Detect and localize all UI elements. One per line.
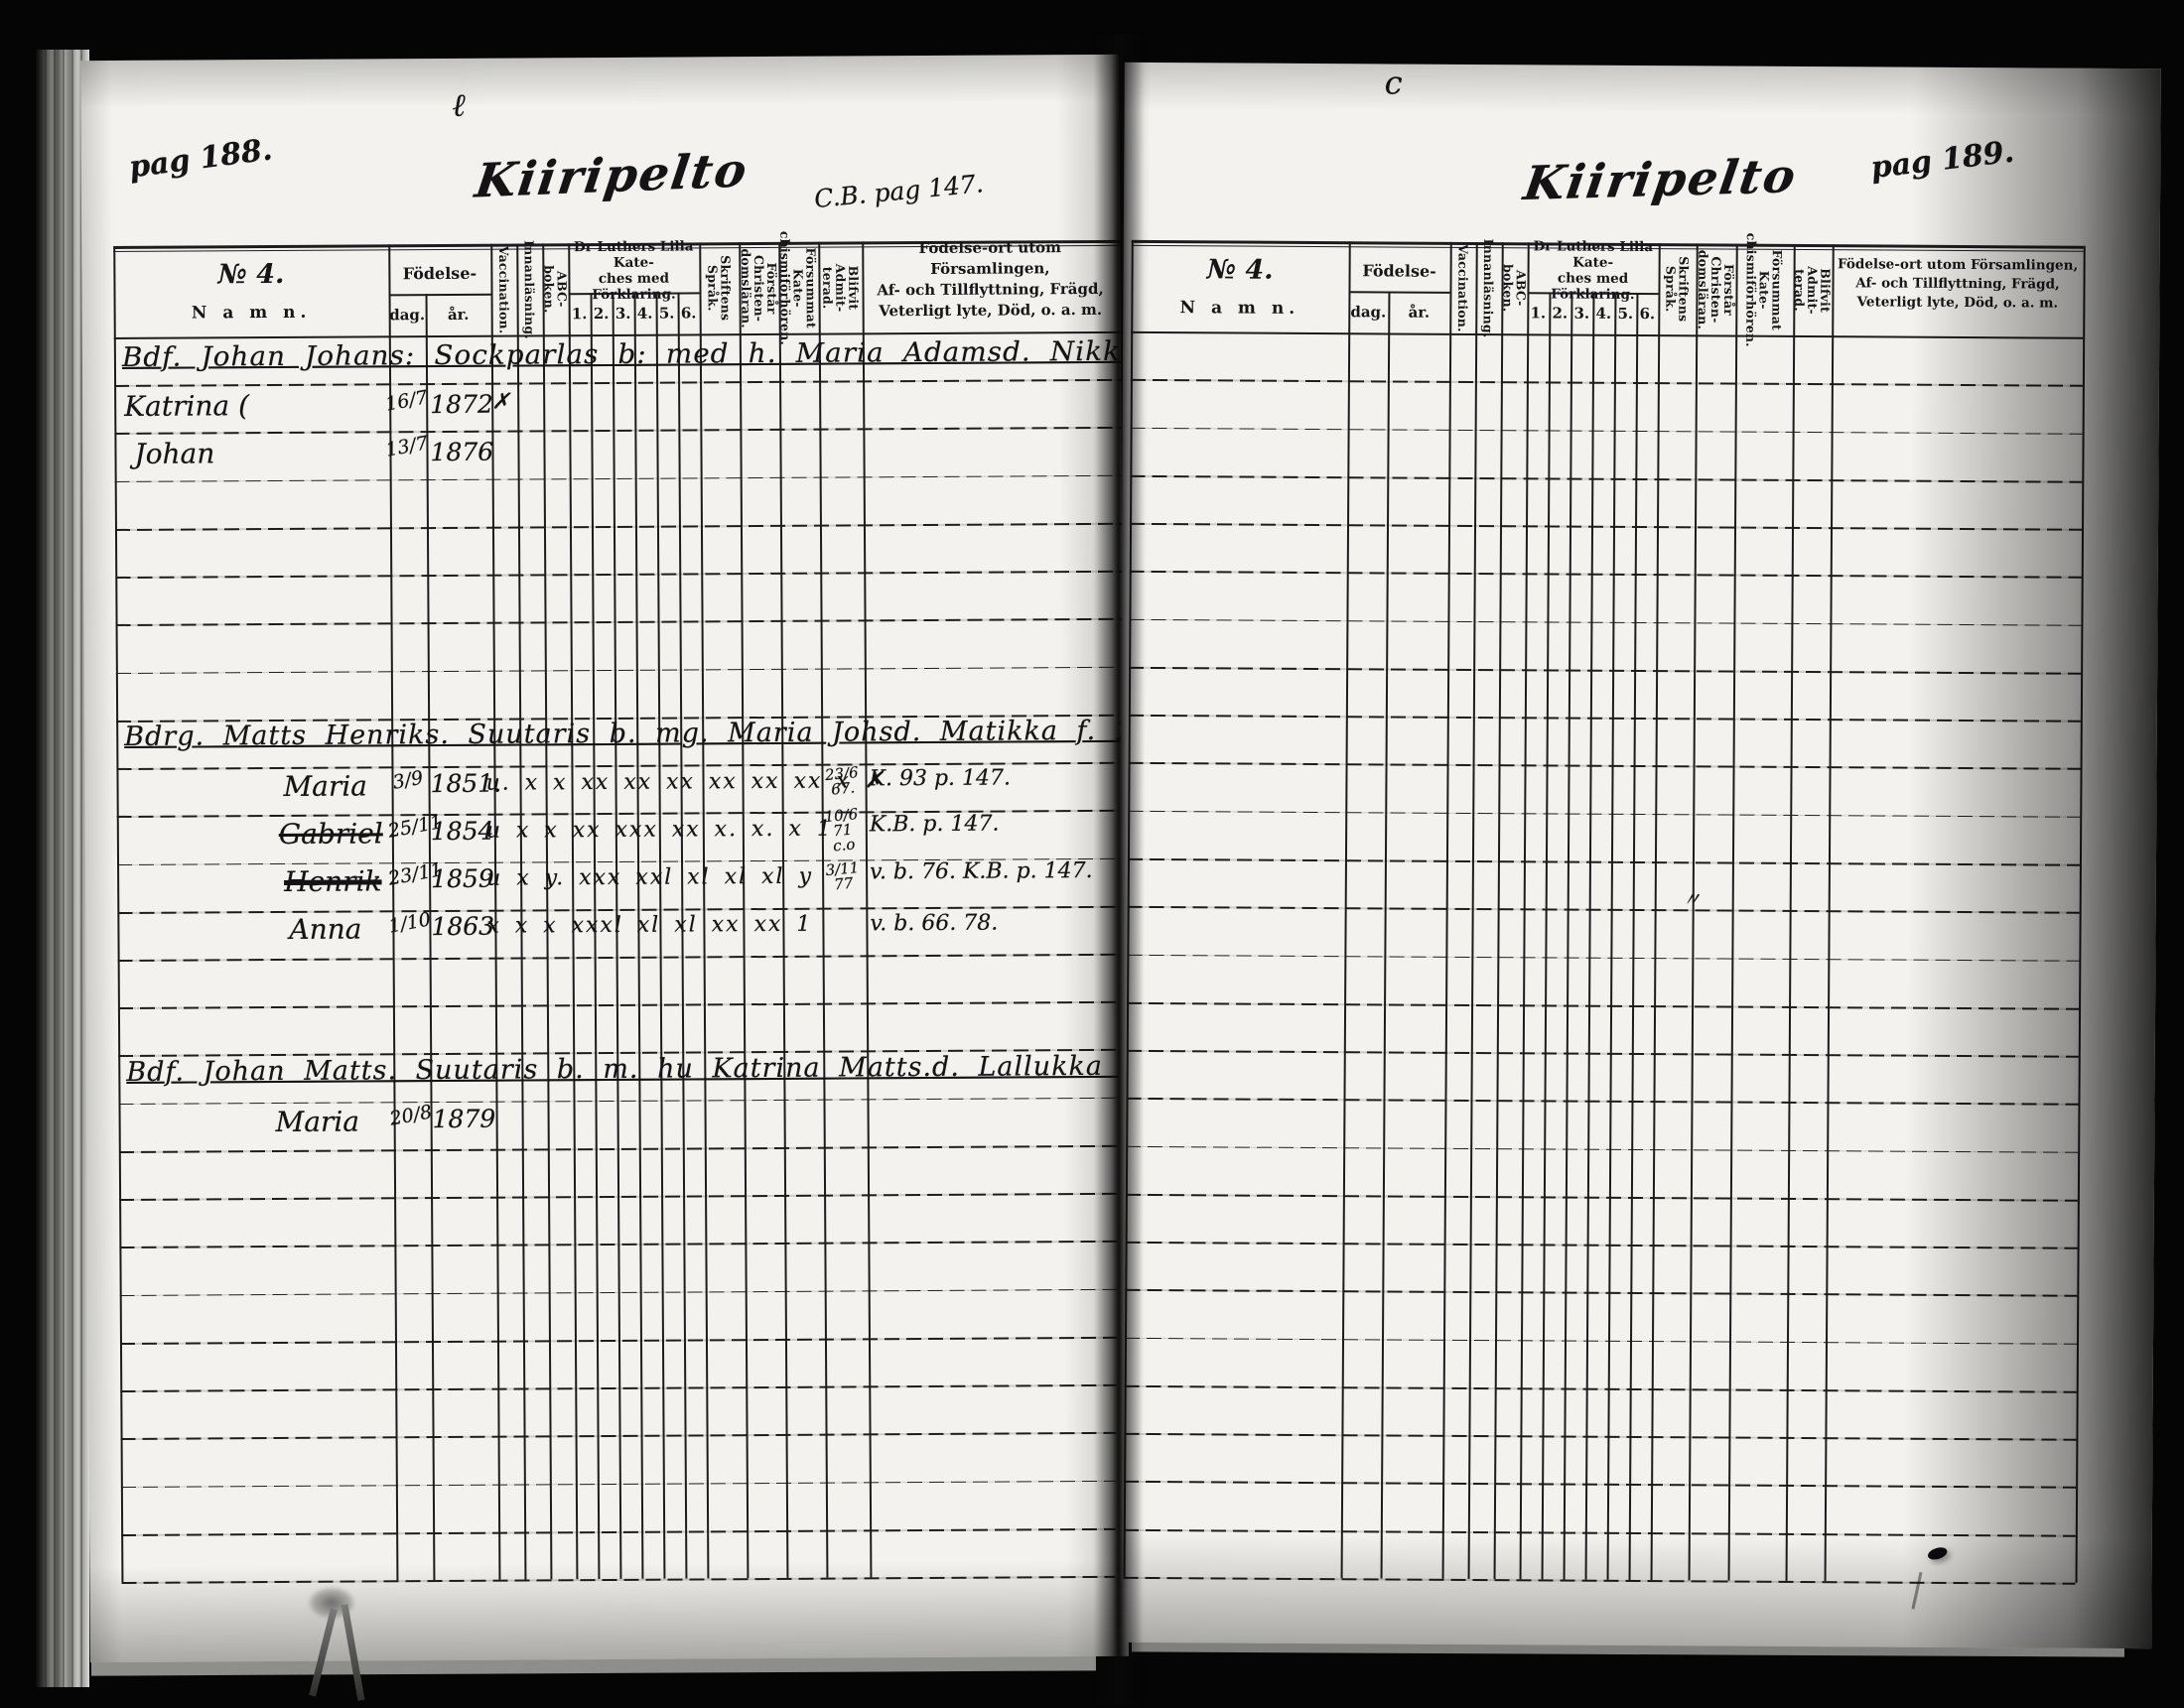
family2-child3-name: Henrik bbox=[284, 864, 382, 898]
left-page-handwriting: pag 188. Kiiripelto C.B. pag 147. ℓ Bdf.… bbox=[80, 55, 1129, 1662]
family1-child1-birth-day: 16/7 bbox=[384, 387, 428, 416]
family2-child2-marks: u x x xx xxx xx x. x. x 1 bbox=[486, 817, 833, 844]
family2-child2-admit-date: 10/6 71 c.o bbox=[816, 806, 870, 854]
ink-blot bbox=[1927, 1545, 1949, 1562]
family2-child4-birth-year: 1863 bbox=[431, 912, 494, 941]
family1-child2-name: Johan bbox=[134, 437, 214, 469]
family2-header-line: Bdrg. Matts Henriks. Suutaris b. mg. Mar… bbox=[124, 716, 1052, 752]
family3-child1-birth-day: 20/8 bbox=[388, 1102, 432, 1130]
family2-child3-birth-day: 23/11 bbox=[386, 861, 430, 890]
family2-child2-birth-day: 25/11 bbox=[386, 814, 430, 843]
family2-child3-birth-year: 1859 bbox=[431, 864, 494, 893]
right-pen-tick: 〃 bbox=[1682, 883, 1702, 912]
right-page-title-script: Kiiripelto bbox=[1520, 149, 1801, 211]
family2-child2-birth-year: 1854 bbox=[431, 817, 494, 846]
family2-child1-name: Maria bbox=[283, 769, 367, 803]
family1-child2-birth-day: 13/7 bbox=[384, 433, 428, 461]
family2-child3-admit-date: 3/11 77 bbox=[817, 859, 870, 894]
family1-child2-birth-year: 1876 bbox=[430, 438, 493, 466]
family2-child4-remark: v. b. 66. 78. bbox=[870, 911, 998, 937]
family3-header-line: Bdf. Johan Matts. Suutaris b. m. hu Katr… bbox=[126, 1051, 1054, 1088]
ink-streak bbox=[1911, 1572, 1922, 1610]
family2-child2-remark: K.B. p. 147. bbox=[870, 812, 1000, 838]
family1-child1-marks: ✗ bbox=[491, 390, 512, 415]
family3-child1-birth-year: 1879 bbox=[433, 1105, 496, 1133]
left-page: № 4. N a m n. Födelse- dag. år. Vaccinat… bbox=[80, 55, 1129, 1662]
scanned-parish-register-spread: № 4. N a m n. Födelse- dag. år. Vaccinat… bbox=[0, 0, 2184, 1708]
family1-child1-birth-year: 1872 bbox=[430, 390, 493, 419]
right-page-number: pag 189. bbox=[1869, 135, 2016, 187]
book-spine-shadow bbox=[1094, 34, 1144, 1705]
family2-child4-birth-day: 1/10 bbox=[387, 909, 431, 938]
family2-child1-remark: K. 93 p. 147. bbox=[869, 766, 1011, 792]
family3-child1-name: Maria bbox=[276, 1106, 360, 1139]
right-stray-mark: c bbox=[1385, 64, 1403, 101]
left-page-corner-note: C.B. pag 147. bbox=[813, 169, 985, 213]
family2-child4-marks: x x x xxxl xl xl xx xx 1 bbox=[486, 912, 812, 939]
left-page-title-script: Kiiripelto bbox=[472, 143, 751, 208]
right-page-handwriting: pag 189. Kiiripelto c 〃 bbox=[1115, 63, 2161, 1648]
left-page-number: pag 188. bbox=[127, 132, 274, 185]
family2-child1-admit-date: 23/6 67. bbox=[816, 764, 869, 799]
family2-child3-marks: u x y. xxx xxl xl xl xl y bbox=[486, 864, 813, 891]
family2-child1-birth-day: 3/9 bbox=[386, 766, 430, 795]
family1-header-line: Bdf. Johan Johans: Sockparlas b: med h. … bbox=[122, 336, 1078, 373]
family2-child2-name: Gabriel bbox=[279, 817, 383, 851]
family1-child1-name: Katrina ( bbox=[124, 389, 249, 423]
left-stray-mark: ℓ bbox=[452, 86, 466, 124]
right-page: № 4. N a m n. Födelse- dag. år. Vaccinat… bbox=[1115, 63, 2161, 1648]
family2-child4-name: Anna bbox=[289, 912, 361, 945]
family2-child3-remark: v. b. 76. K.B. p. 147. bbox=[870, 858, 1093, 884]
